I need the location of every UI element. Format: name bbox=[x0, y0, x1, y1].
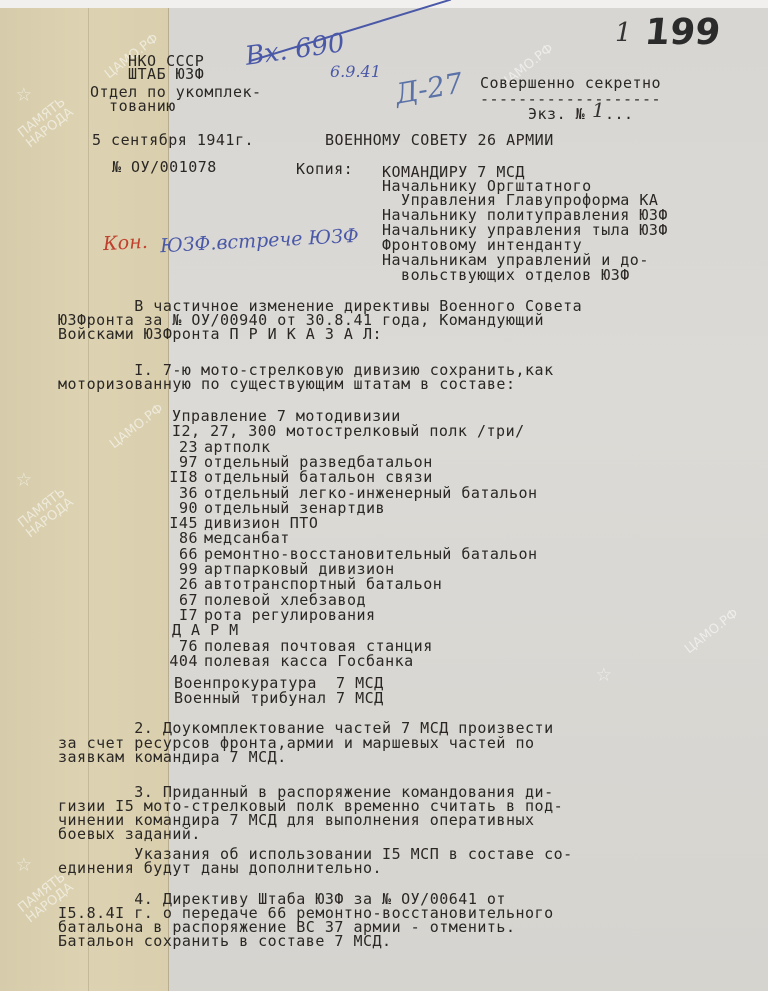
unit-number: 66 bbox=[162, 548, 198, 561]
unit-number: 90 bbox=[162, 502, 198, 515]
binding-strip bbox=[0, 8, 169, 991]
unit-number: II8 bbox=[162, 471, 198, 484]
document-date: 5 сентября 1941г. bbox=[92, 133, 254, 148]
item2-line: заявкам командира 7 МСД. bbox=[58, 751, 287, 764]
unit-row: 90отдельный зенартдив bbox=[162, 502, 385, 515]
unit-number: 67 bbox=[162, 594, 198, 607]
unit-row: I45дивизион ПТО bbox=[162, 517, 318, 530]
unit-number: I7 bbox=[162, 609, 198, 622]
incoming-date-note: 6.9.41 bbox=[330, 62, 381, 81]
item1-line: моторизованную по существующим штатам в … bbox=[58, 378, 515, 391]
unit-number: 26 bbox=[162, 578, 198, 591]
star-watermark-icon: ☆ bbox=[16, 850, 32, 876]
unit-row: 97отдельный разведбатальон bbox=[162, 456, 433, 469]
unit-row: 99артпарковый дивизион bbox=[162, 563, 395, 576]
red-pencil-note: Кон. bbox=[102, 231, 148, 255]
classification-label: Совершенно секретно bbox=[480, 76, 661, 91]
copy-addressee: вольствующих отделов ЮЗФ bbox=[382, 269, 630, 282]
unit-row: II8отдельный батальон связи bbox=[162, 471, 433, 484]
org-line: тованию bbox=[90, 100, 176, 113]
unit-row: Д А Р М bbox=[172, 624, 239, 637]
unit-row: 66ремонтно-восстановительный батальон bbox=[162, 548, 538, 561]
unit-row: I2, 27, 300 мотострелковый полк /три/ bbox=[172, 425, 525, 438]
unit-row: 86медсанбат bbox=[162, 532, 290, 545]
page-number: 199 bbox=[643, 12, 722, 53]
main-addressee: ВОЕННОМУ СОВЕТУ 26 АРМИИ bbox=[325, 133, 554, 148]
item3-line: единения будут даны дополнительно. bbox=[58, 862, 382, 875]
preamble-line: Войсками ЮЗФронта П Р И К А З А Л: bbox=[58, 328, 382, 341]
star-watermark-icon: ☆ bbox=[16, 80, 32, 106]
unit-number: 23 bbox=[162, 441, 198, 454]
attached-unit: Военный трибунал 7 МСД bbox=[174, 692, 384, 705]
unit-row: 76полевая почтовая станция bbox=[162, 640, 433, 653]
unit-row: 36отдельный легко-инженерный батальон bbox=[162, 487, 538, 500]
copy-number-dots: ... bbox=[605, 107, 634, 122]
item3-line: боевых заданий. bbox=[58, 828, 201, 841]
page-number-prefix: 1 bbox=[615, 18, 632, 48]
unit-number: 76 bbox=[162, 640, 198, 653]
unit-row: 404полевая касса Госбанка bbox=[162, 655, 414, 668]
copy-number-value: 1 bbox=[592, 98, 605, 122]
star-watermark-icon: ☆ bbox=[596, 660, 612, 686]
document-number: № ОУ/001078 bbox=[112, 160, 217, 175]
copy-label: Копия: bbox=[296, 162, 353, 177]
item4-line: Батальон сохранить в составе 7 МСД. bbox=[58, 935, 392, 948]
unit-row: 67полевой хлебзавод bbox=[162, 594, 366, 607]
unit-name: полевая касса Госбанка bbox=[204, 652, 414, 670]
unit-number: I45 bbox=[162, 517, 198, 530]
unit-row: I7рота регулирования bbox=[162, 609, 376, 622]
star-watermark-icon: ☆ bbox=[16, 465, 32, 491]
unit-row: 23артполк bbox=[162, 441, 271, 454]
unit-row: 26автотранспортный батальон bbox=[162, 578, 442, 591]
unit-number: 97 bbox=[162, 456, 198, 469]
unit-number: 36 bbox=[162, 487, 198, 500]
unit-number: 99 bbox=[162, 563, 198, 576]
unit-number: 86 bbox=[162, 532, 198, 545]
unit-number: 404 bbox=[162, 655, 198, 668]
org-line: ШТАБ ЮЗФ bbox=[128, 68, 204, 81]
unit-row: Управление 7 мотодивизии bbox=[172, 410, 401, 423]
copy-number-label: Экз. № bbox=[528, 107, 585, 122]
